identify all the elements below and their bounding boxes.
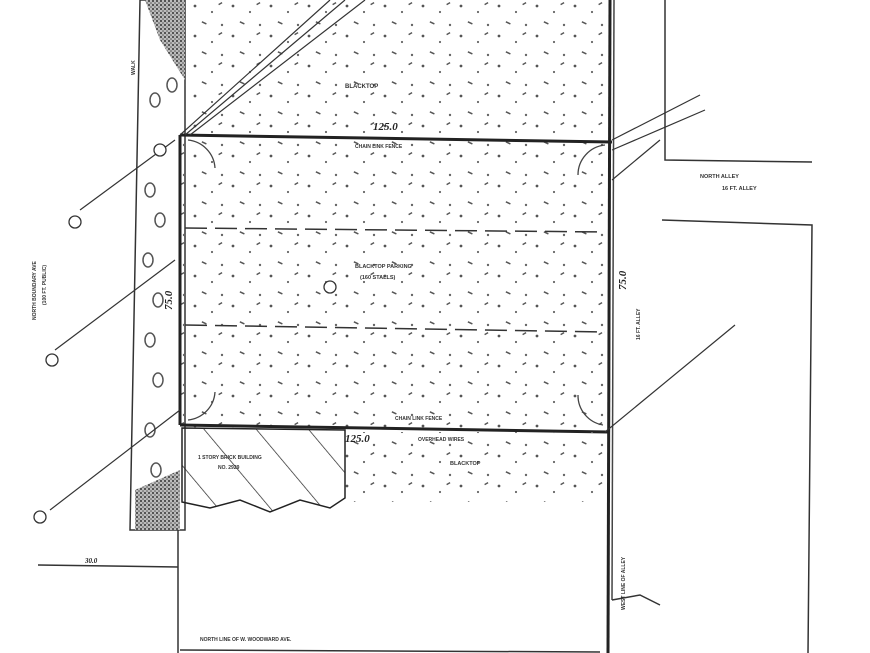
- label-building: 1 STORY BRICK BUILDING: [198, 455, 262, 461]
- blacktop-south-area: [345, 432, 608, 502]
- label-alley-vertical: 16 FT. ALLEY: [636, 308, 642, 340]
- label-parking: BLACKTOP PARKING: [355, 264, 412, 270]
- dim-south-line: 125.0: [345, 433, 370, 445]
- dim-east-line: 75.0: [617, 270, 629, 290]
- survey-plat-drawing: BLACKTOP 125.0 CHAIN LINK FENCE BLACKTOP…: [0, 0, 870, 653]
- label-alley-line: WEST LINE OF ALLEY: [621, 556, 627, 610]
- dim-south-street-frontage: 30.0: [84, 557, 98, 565]
- label-parking-count: (160 STALLS): [360, 275, 396, 281]
- label-alley-east-2: 16 FT. ALLEY: [722, 186, 757, 192]
- label-west-street-width: (100 FT. PUBLIC): [42, 265, 48, 305]
- label-blacktop-north: BLACKTOP: [345, 84, 378, 90]
- south-street-lines: [38, 530, 600, 653]
- label-west-street: NORTH BOUNDARY AVE: [32, 260, 38, 320]
- label-building-no: NO. 2929: [218, 465, 240, 471]
- label-chain-link-south: CHAIN LINK FENCE: [395, 416, 443, 422]
- label-chain-link-north: CHAIN LINK FENCE: [355, 144, 403, 150]
- label-walk: WALK: [131, 60, 137, 75]
- west-sidewalk: [130, 0, 185, 530]
- dim-west-line: 75.0: [163, 290, 175, 310]
- label-blacktop-south: BLACKTOP: [450, 461, 481, 467]
- label-alley-east-1: NORTH ALLEY: [700, 174, 739, 180]
- label-south-street: NORTH LINE OF W. WOODWARD AVE.: [200, 637, 292, 643]
- east-alley: [612, 0, 812, 653]
- label-overhead-wires: OVERHEAD WIRES: [418, 437, 465, 443]
- dim-north-line: 125.0: [373, 121, 398, 133]
- brick-building: [182, 428, 345, 512]
- blacktop-north-area: [185, 0, 610, 135]
